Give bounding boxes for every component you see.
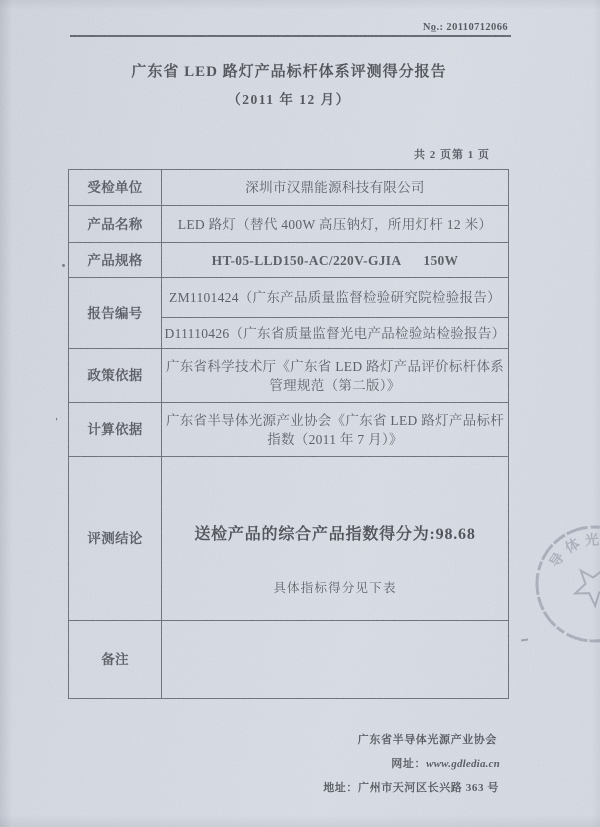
policy-basis-label: 政策依据 [69, 349, 162, 403]
seal-char-1: 导 [546, 550, 568, 571]
conclusion-label: 评测结论 [69, 457, 162, 621]
product-spec-model: HT-05-LLD150-AC/220V-GJIA [212, 253, 402, 268]
scanned-report-page: No̲.: 20110712066 广东省 LED 路灯产品标杆体系评测得分报告… [0, 0, 600, 827]
footer-website: 网址：www.gdledia.cn [391, 755, 500, 771]
association-seal-stamp: 导 体 光 会 [528, 516, 600, 658]
row-policy-basis: 政策依据 广东省科学技术厅《广东省 LED 路灯产品评价标杆体系管理规范（第二版… [69, 349, 509, 403]
product-name-value: LED 路灯（替代 400W 高压钠灯，所用灯杆 12 米） [162, 206, 509, 243]
product-name-label: 产品名称 [69, 206, 162, 243]
calc-basis-label: 计算依据 [69, 403, 162, 457]
report-subtitle: （2011 年 12 月） [70, 88, 508, 108]
policy-basis-value: 广东省科学技术厅《广东省 LED 路灯产品评价标杆体系管理规范（第二版）》 [162, 349, 509, 403]
footer-organization: 广东省半导体光源产业协会 [358, 731, 497, 747]
row-product-spec: 产品规格 HT-05-LLD150-AC/220V-GJIA150W [69, 243, 509, 278]
footer-address-value: 广州市天河区长兴路 363 号 [358, 782, 499, 794]
row-conclusion: 评测结论 送检产品的综合产品指数得分为:98.68 具体指标得分见下表 [69, 457, 509, 621]
report-table-wrapper: 受检单位 深圳市汉鼎能源科技有限公司 产品名称 LED 路灯（替代 400W 高… [68, 169, 509, 699]
row-product-name: 产品名称 LED 路灯（替代 400W 高压钠灯，所用灯杆 12 米） [69, 206, 509, 243]
document-number-label: No̲.: [423, 22, 444, 33]
document-number-line: No̲.: 20110712066 [70, 22, 511, 37]
remarks-value [162, 621, 509, 699]
document-number-value: 20110712066 [446, 22, 508, 33]
scan-speck [62, 264, 65, 267]
report-no-label: 报告编号 [69, 278, 162, 349]
report-info-table: 受检单位 深圳市汉鼎能源科技有限公司 产品名称 LED 路灯（替代 400W 高… [68, 169, 509, 699]
seal-char-2: 体 [562, 535, 583, 557]
row-inspected-unit: 受检单位 深圳市汉鼎能源科技有限公司 [69, 170, 509, 206]
scan-speck: ' [55, 416, 58, 428]
calc-basis-value: 广东省半导体光源产业协会《广东省 LED 路灯产品标杆指数（2011 年 7 月… [162, 403, 509, 457]
product-spec-value: HT-05-LLD150-AC/220V-GJIA150W [162, 243, 509, 278]
footer-website-label: 网址： [391, 758, 426, 770]
row-calc-basis: 计算依据 广东省半导体光源产业协会《广东省 LED 路灯产品标杆指数（2011 … [69, 403, 509, 457]
inspected-unit-value: 深圳市汉鼎能源科技有限公司 [162, 170, 509, 206]
footer-website-url: www.gdledia.cn [426, 758, 500, 770]
remarks-label: 备注 [69, 621, 162, 699]
product-spec-label: 产品规格 [69, 243, 162, 278]
conclusion-detail-line: 具体指标得分见下表 [164, 579, 506, 598]
inspected-unit-label: 受检单位 [69, 170, 162, 206]
conclusion-score-line: 送检产品的综合产品指数得分为:98.68 [164, 525, 506, 545]
report-no-line1: ZM1101424（广东产品质量监督检验研究院检验报告） [162, 278, 509, 318]
product-spec-wattage: 150W [423, 253, 458, 268]
footer-address: 地址：广州市天河区长兴路 363 号 [323, 779, 499, 795]
conclusion-value: 送检产品的综合产品指数得分为:98.68 具体指标得分见下表 [162, 457, 509, 621]
footer-address-label: 地址： [323, 782, 358, 794]
page-indicator: 共 2 页第 1 页 [70, 146, 490, 162]
star-icon [569, 559, 600, 610]
report-no-line2: D11110426（广东省质量监督光电产品检验站检验报告） [162, 318, 509, 349]
seal-char-3: 光 [584, 531, 599, 549]
row-remarks: 备注 [69, 621, 509, 699]
row-report-no-1: 报告编号 ZM1101424（广东产品质量监督检验研究院检验报告） [69, 278, 509, 318]
report-title: 广东省 LED 路灯产品标杆体系评测得分报告 [70, 60, 508, 81]
